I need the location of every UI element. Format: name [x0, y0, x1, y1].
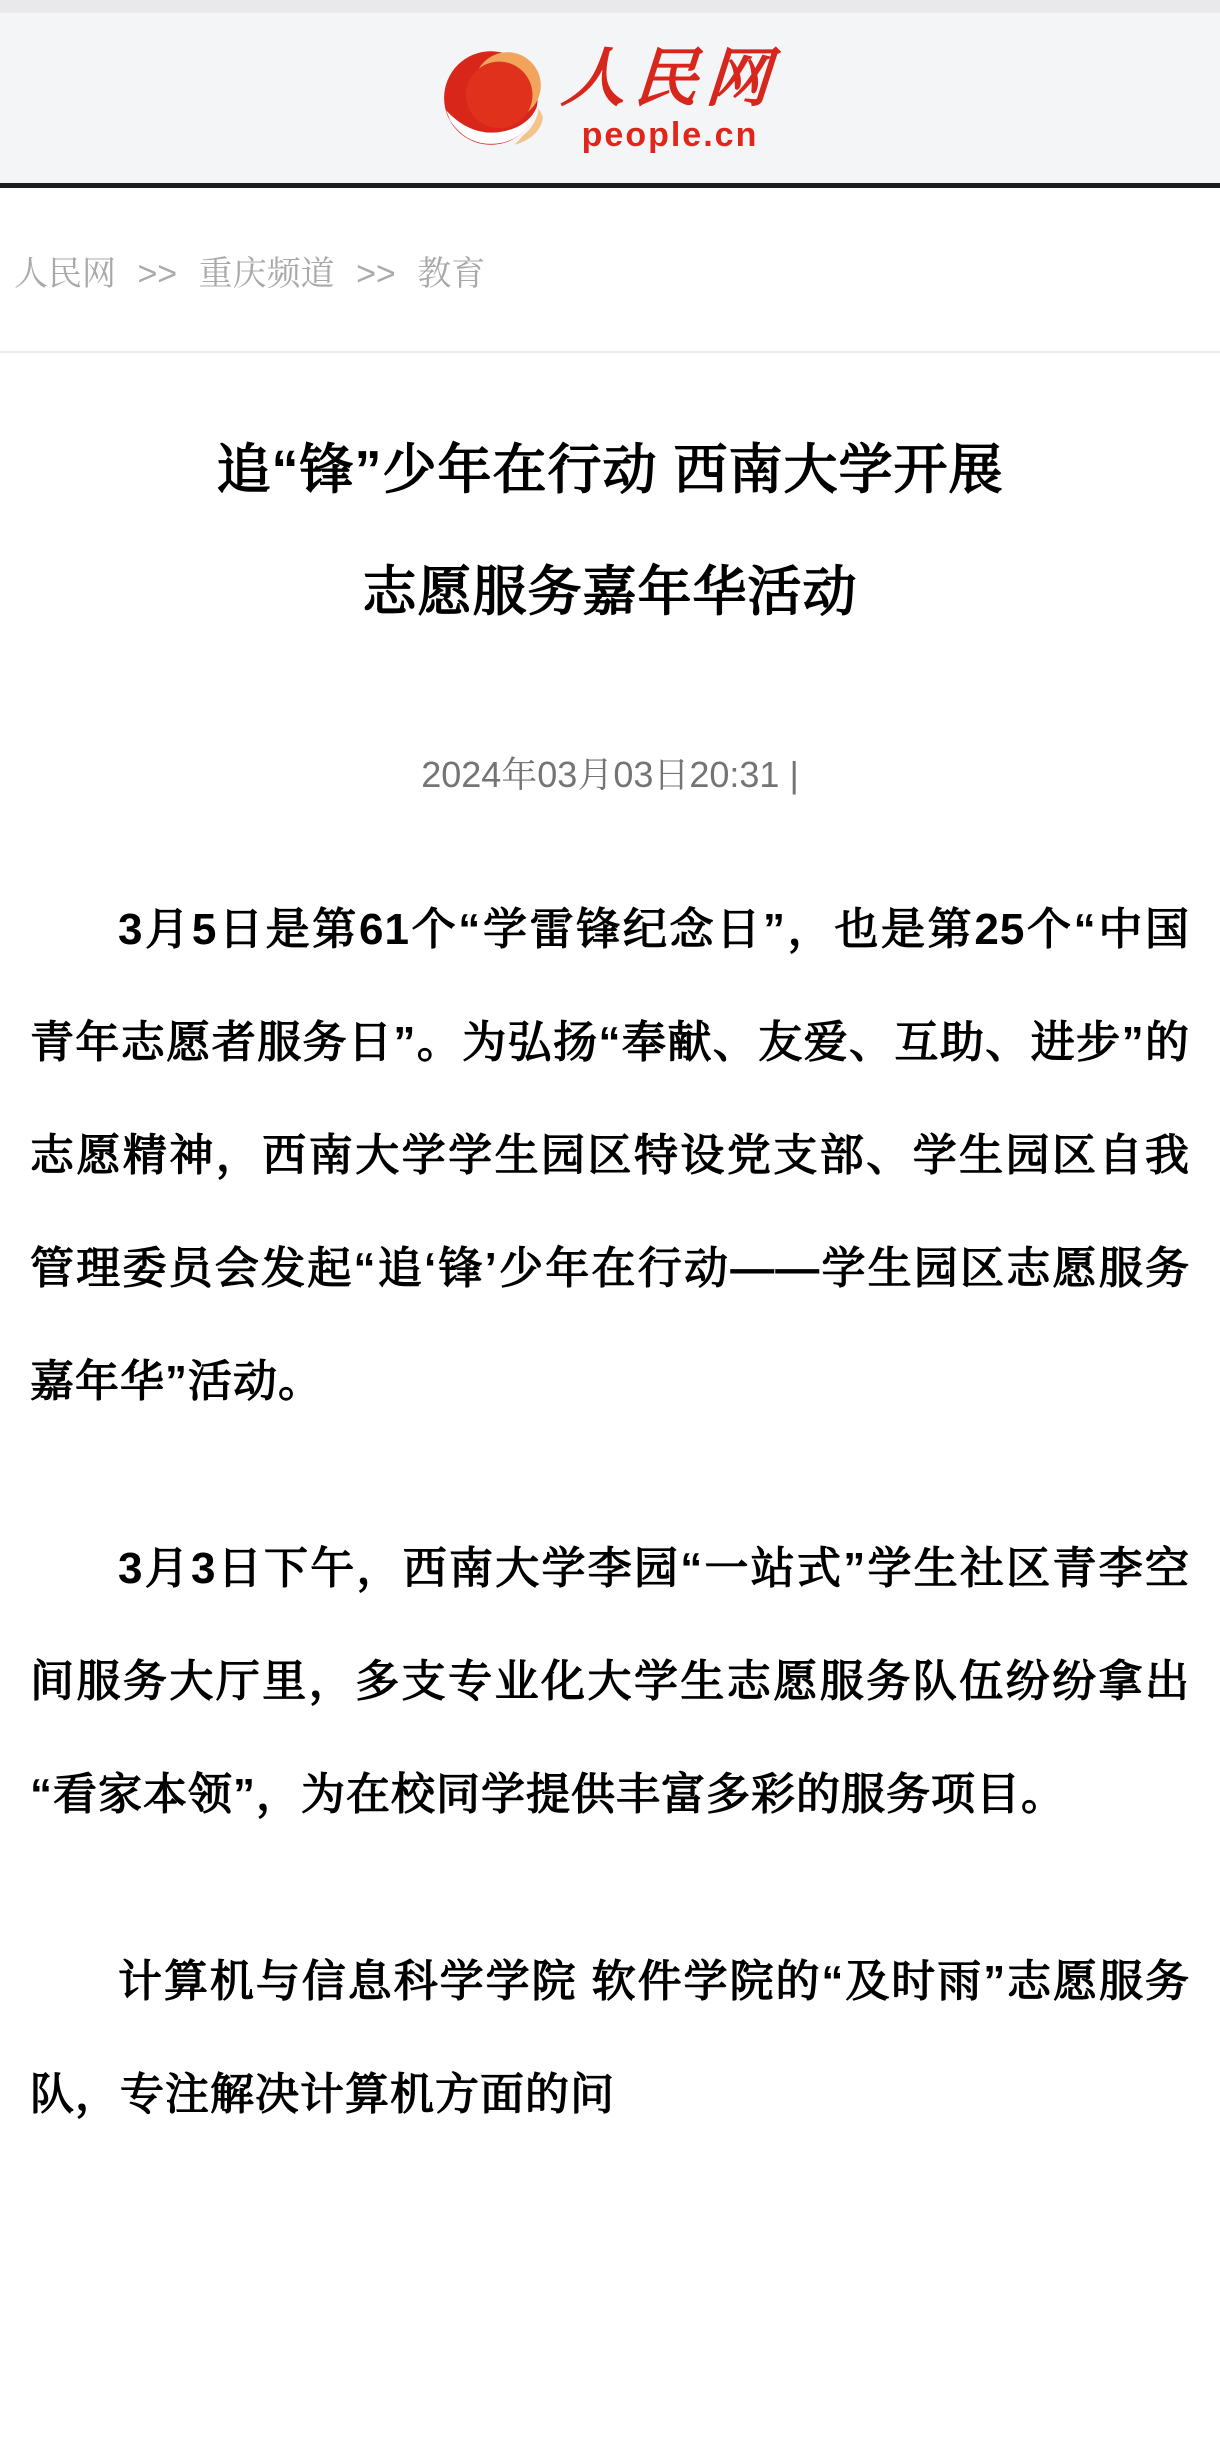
breadcrumb: 人民网 >> 重庆频道 >> 教育 — [0, 188, 1220, 353]
paragraph-2: 3月3日下午，西南大学李园“一站式”学生社区青李空间服务大厅里，多支专业化大学生… — [30, 1512, 1190, 1851]
paragraph-3: 计算机与信息科学学院 软件学院的“及时雨”志愿服务队，专注解决计算机方面的问 — [30, 1925, 1190, 2151]
people-cn-logo[interactable]: 人民网 people.cn — [442, 42, 778, 154]
breadcrumb-link-education[interactable]: 教育 — [417, 255, 485, 293]
article: 追“锋”少年在行动 西南大学开展 志愿服务嘉年华活动 2024年03月03日20… — [0, 409, 1220, 2151]
logo-domain-text: people.cn — [582, 117, 759, 153]
logo-text: 人民网 people.cn — [562, 43, 778, 153]
breadcrumb-link-chongqing-channel[interactable]: 重庆频道 — [199, 255, 335, 293]
paragraph-1: 3月5日是第61个“学雷锋纪念日”，也是第25个“中国青年志愿者服务日”。为弘扬… — [30, 873, 1190, 1438]
breadcrumb-separator-icon: >> — [356, 255, 396, 293]
article-title: 追“锋”少年在行动 西南大学开展 志愿服务嘉年华活动 — [30, 409, 1190, 653]
article-body: 3月5日是第61个“学雷锋纪念日”，也是第25个“中国青年志愿者服务日”。为弘扬… — [30, 873, 1190, 2151]
top-strip — [0, 0, 1220, 13]
page: 人民网 people.cn 人民网 >> 重庆频道 >> 教育 追“锋”少年在行… — [0, 0, 1220, 2151]
breadcrumb-link-people[interactable]: 人民网 — [14, 255, 116, 293]
breadcrumb-separator-icon: >> — [137, 255, 177, 293]
article-title-line-1: 追“锋”少年在行动 西南大学开展 — [30, 409, 1190, 531]
publish-date: 2024年03月03日20:31 | — [30, 753, 1190, 797]
logo-cn-text: 人民网 — [559, 43, 780, 115]
article-title-line-2: 志愿服务嘉年华活动 — [30, 531, 1190, 653]
people-cn-logo-icon — [442, 42, 546, 154]
site-header: 人民网 people.cn — [0, 13, 1220, 188]
